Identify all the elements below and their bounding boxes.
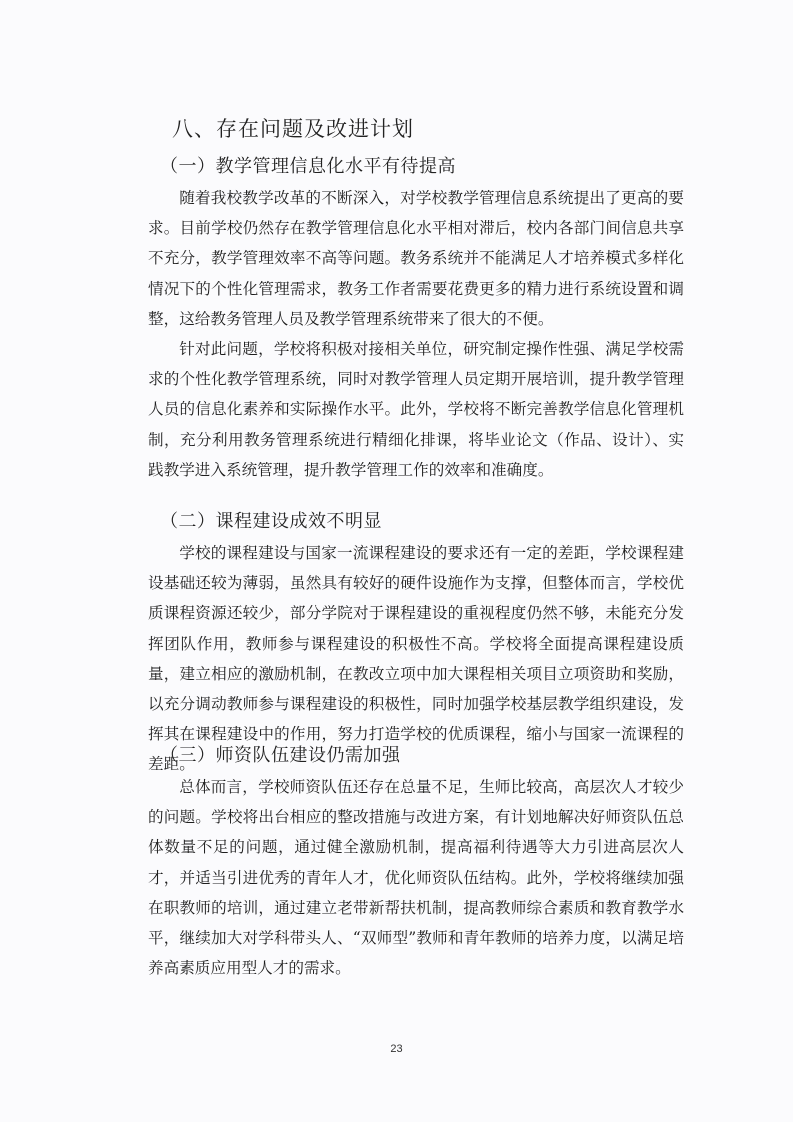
subsection-heading-1: （一）教学管理信息化水平有待提高 [160,152,456,178]
subsection-heading-2: （二）课程建设成效不明显 [160,507,382,533]
paragraph-3-1: 总体而言，学校师资队伍还存在总量不足，生师比较高，高层次人才较少的问题。学校将出… [148,772,684,983]
page-number: 23 [0,1043,793,1055]
paragraph-1-1: 随着我校教学改革的不断深入，对学校教学管理信息系统提出了更高的要求。目前学校仍然… [148,183,684,334]
section-title: 八、存在问题及改进计划 [172,113,414,143]
subsection-heading-3: （三）师资队伍建设仍需加强 [160,741,401,767]
paragraph-1-2: 针对此问题，学校将积极对接相关单位，研究制定操作性强、满足学校需求的个性化教学管… [148,334,684,485]
document-page: 八、存在问题及改进计划 （一）教学管理信息化水平有待提高 随着我校教学改革的不断… [0,0,793,1122]
